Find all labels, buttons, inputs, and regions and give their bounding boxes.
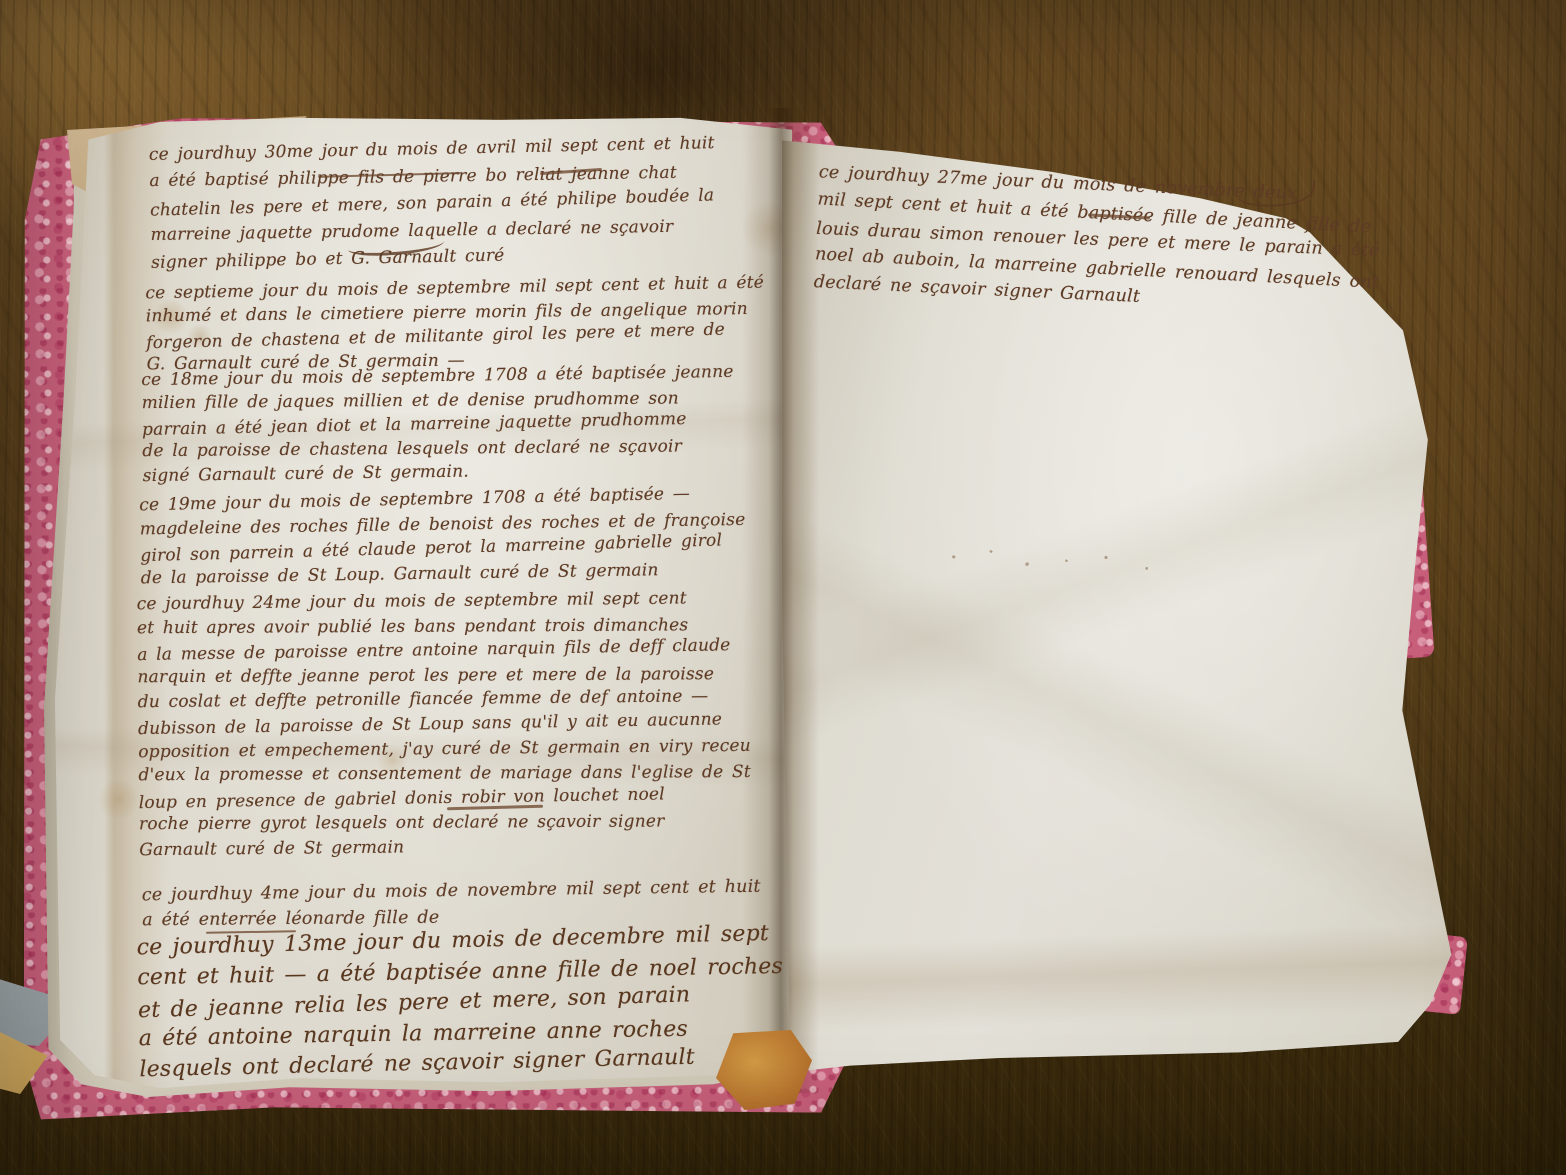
register-entry-baptism-18-september: ce 18me jour du mois de septembre 1708 a… [141, 360, 735, 488]
register-entry-baptism-13-december: ce jourdhuy 13me jour du mois de decembr… [136, 919, 785, 1086]
photo-of-open-register: ce jourdhuy 30me jour du mois de avril m… [0, 0, 1566, 1175]
register-entry-marriage-24-september: ce jourdhuy 24me jour du mois de septemb… [137, 586, 752, 863]
manuscript-line: ce jourdhuy 24me jour du mois de septemb… [137, 586, 750, 617]
register-entry-baptism-19-september: ce 19me jour du mois de septembre 1708 a… [139, 481, 747, 592]
manuscript-line: roche pierre gyrot lesquels ont declaré … [139, 809, 752, 837]
register-entry-baptism-april: ce jourdhuy 30me jour du mois de avril m… [149, 130, 717, 277]
manuscript-line: narquin et deffte jeanne perot les pere … [137, 662, 750, 690]
